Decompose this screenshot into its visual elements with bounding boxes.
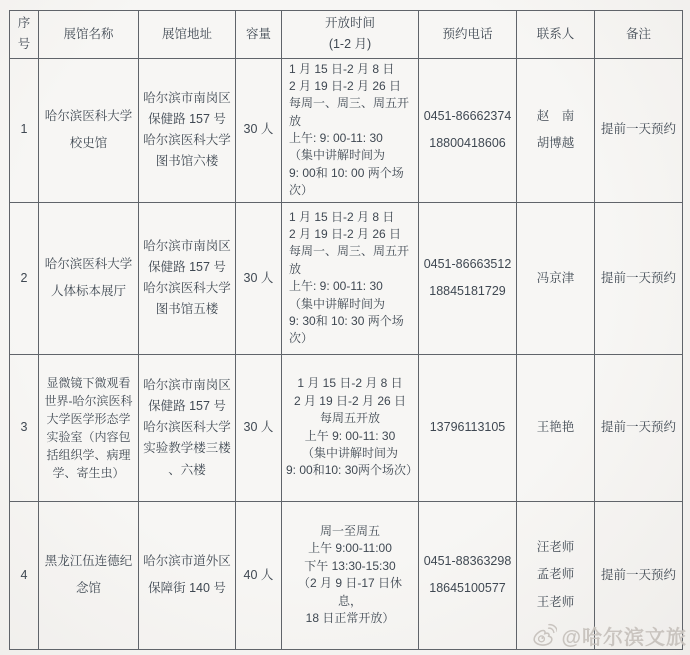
venue-name-cell: 黑龙江伍连德纪 念馆 bbox=[39, 501, 139, 649]
table-row: 2 哈尔滨医科大学 人体标本展厅 哈尔滨市南岗区 保健路 157 号 哈尔滨医科… bbox=[10, 202, 683, 354]
note-cell: 提前一天预约 bbox=[595, 354, 683, 501]
header-row-number: 序 号 bbox=[10, 11, 39, 59]
contact-cell: 王艳艳 bbox=[517, 354, 595, 501]
note-cell: 提前一天预约 bbox=[595, 58, 683, 202]
capacity-cell: 40 人 bbox=[236, 501, 282, 649]
header-venue-address: 展馆地址 bbox=[139, 11, 236, 59]
opening-hours-cell: 1 月 15 日-2 月 8 日 2 月 19 日-2 月 26 日 每周一、周… bbox=[282, 202, 419, 354]
opening-hours-cell: 1 月 15 日-2 月 8 日 2 月 19 日-2 月 26 日 每周五开放… bbox=[282, 354, 419, 501]
header-row: 序 号 展馆名称 展馆地址 容量 开放时间 (1-2 月) 预约电话 联系人 备… bbox=[10, 11, 683, 59]
watermark: @哈尔滨文旅 bbox=[530, 621, 687, 650]
venue-address-cell: 哈尔滨市道外区 保障街 140 号 bbox=[139, 501, 236, 649]
header-contact: 联系人 bbox=[517, 11, 595, 59]
row-number-cell: 2 bbox=[10, 202, 39, 354]
note-cell: 提前一天预约 bbox=[595, 202, 683, 354]
capacity-cell: 30 人 bbox=[236, 58, 282, 202]
venue-name-cell: 显微镜下微观看世界-哈尔滨医科大学医学形态学实验室（内容包括组织学、病理学、寄生… bbox=[39, 354, 139, 501]
phone-cell: 0451-86663512 18845181729 bbox=[419, 202, 517, 354]
watermark-text: @哈尔滨文旅 bbox=[561, 621, 687, 650]
venue-address-cell: 哈尔滨市南岗区 保健路 157 号 哈尔滨医科大学 实验教学楼三楼 、六楼 bbox=[139, 354, 236, 501]
table-row: 1 哈尔滨医科大学 校史馆 哈尔滨市南岗区 保健路 157 号 哈尔滨医科大学 … bbox=[10, 58, 683, 202]
capacity-cell: 30 人 bbox=[236, 202, 282, 354]
phone-cell: 13796113105 bbox=[419, 354, 517, 501]
venue-address-cell: 哈尔滨市南岗区 保健路 157 号 哈尔滨医科大学 图书馆五楼 bbox=[139, 202, 236, 354]
row-number-cell: 4 bbox=[10, 501, 39, 649]
header-venue-name: 展馆名称 bbox=[39, 11, 139, 59]
phone-cell: 0451-86662374 18800418606 bbox=[419, 58, 517, 202]
venue-name-cell: 哈尔滨医科大学 人体标本展厅 bbox=[39, 202, 139, 354]
header-phone: 预约电话 bbox=[419, 11, 517, 59]
venue-name-cell: 哈尔滨医科大学 校史馆 bbox=[39, 58, 139, 202]
capacity-cell: 30 人 bbox=[236, 354, 282, 501]
weibo-icon bbox=[530, 622, 557, 649]
contact-cell: 冯京津 bbox=[517, 202, 595, 354]
venue-address-cell: 哈尔滨市南岗区 保健路 157 号 哈尔滨医科大学 图书馆六楼 bbox=[139, 58, 236, 202]
contact-cell: 赵 南 胡博越 bbox=[517, 58, 595, 202]
opening-hours-cell: 周一至周五 上午 9:00-11:00 下午 13:30-15:30 （2 月 … bbox=[282, 501, 419, 649]
opening-hours-cell: 1 月 15 日-2 月 8 日 2 月 19 日-2 月 26 日 每周一、周… bbox=[282, 58, 419, 202]
header-capacity: 容量 bbox=[236, 11, 282, 59]
phone-cell: 0451-88363298 18645100577 bbox=[419, 501, 517, 649]
header-opening-hours: 开放时间 (1-2 月) bbox=[282, 11, 419, 59]
row-number-cell: 3 bbox=[10, 354, 39, 501]
venues-table: 序 号 展馆名称 展馆地址 容量 开放时间 (1-2 月) 预约电话 联系人 备… bbox=[9, 10, 683, 650]
table-row: 3 显微镜下微观看世界-哈尔滨医科大学医学形态学实验室（内容包括组织学、病理学、… bbox=[10, 354, 683, 501]
row-number-cell: 1 bbox=[10, 58, 39, 202]
header-note: 备注 bbox=[595, 11, 683, 59]
